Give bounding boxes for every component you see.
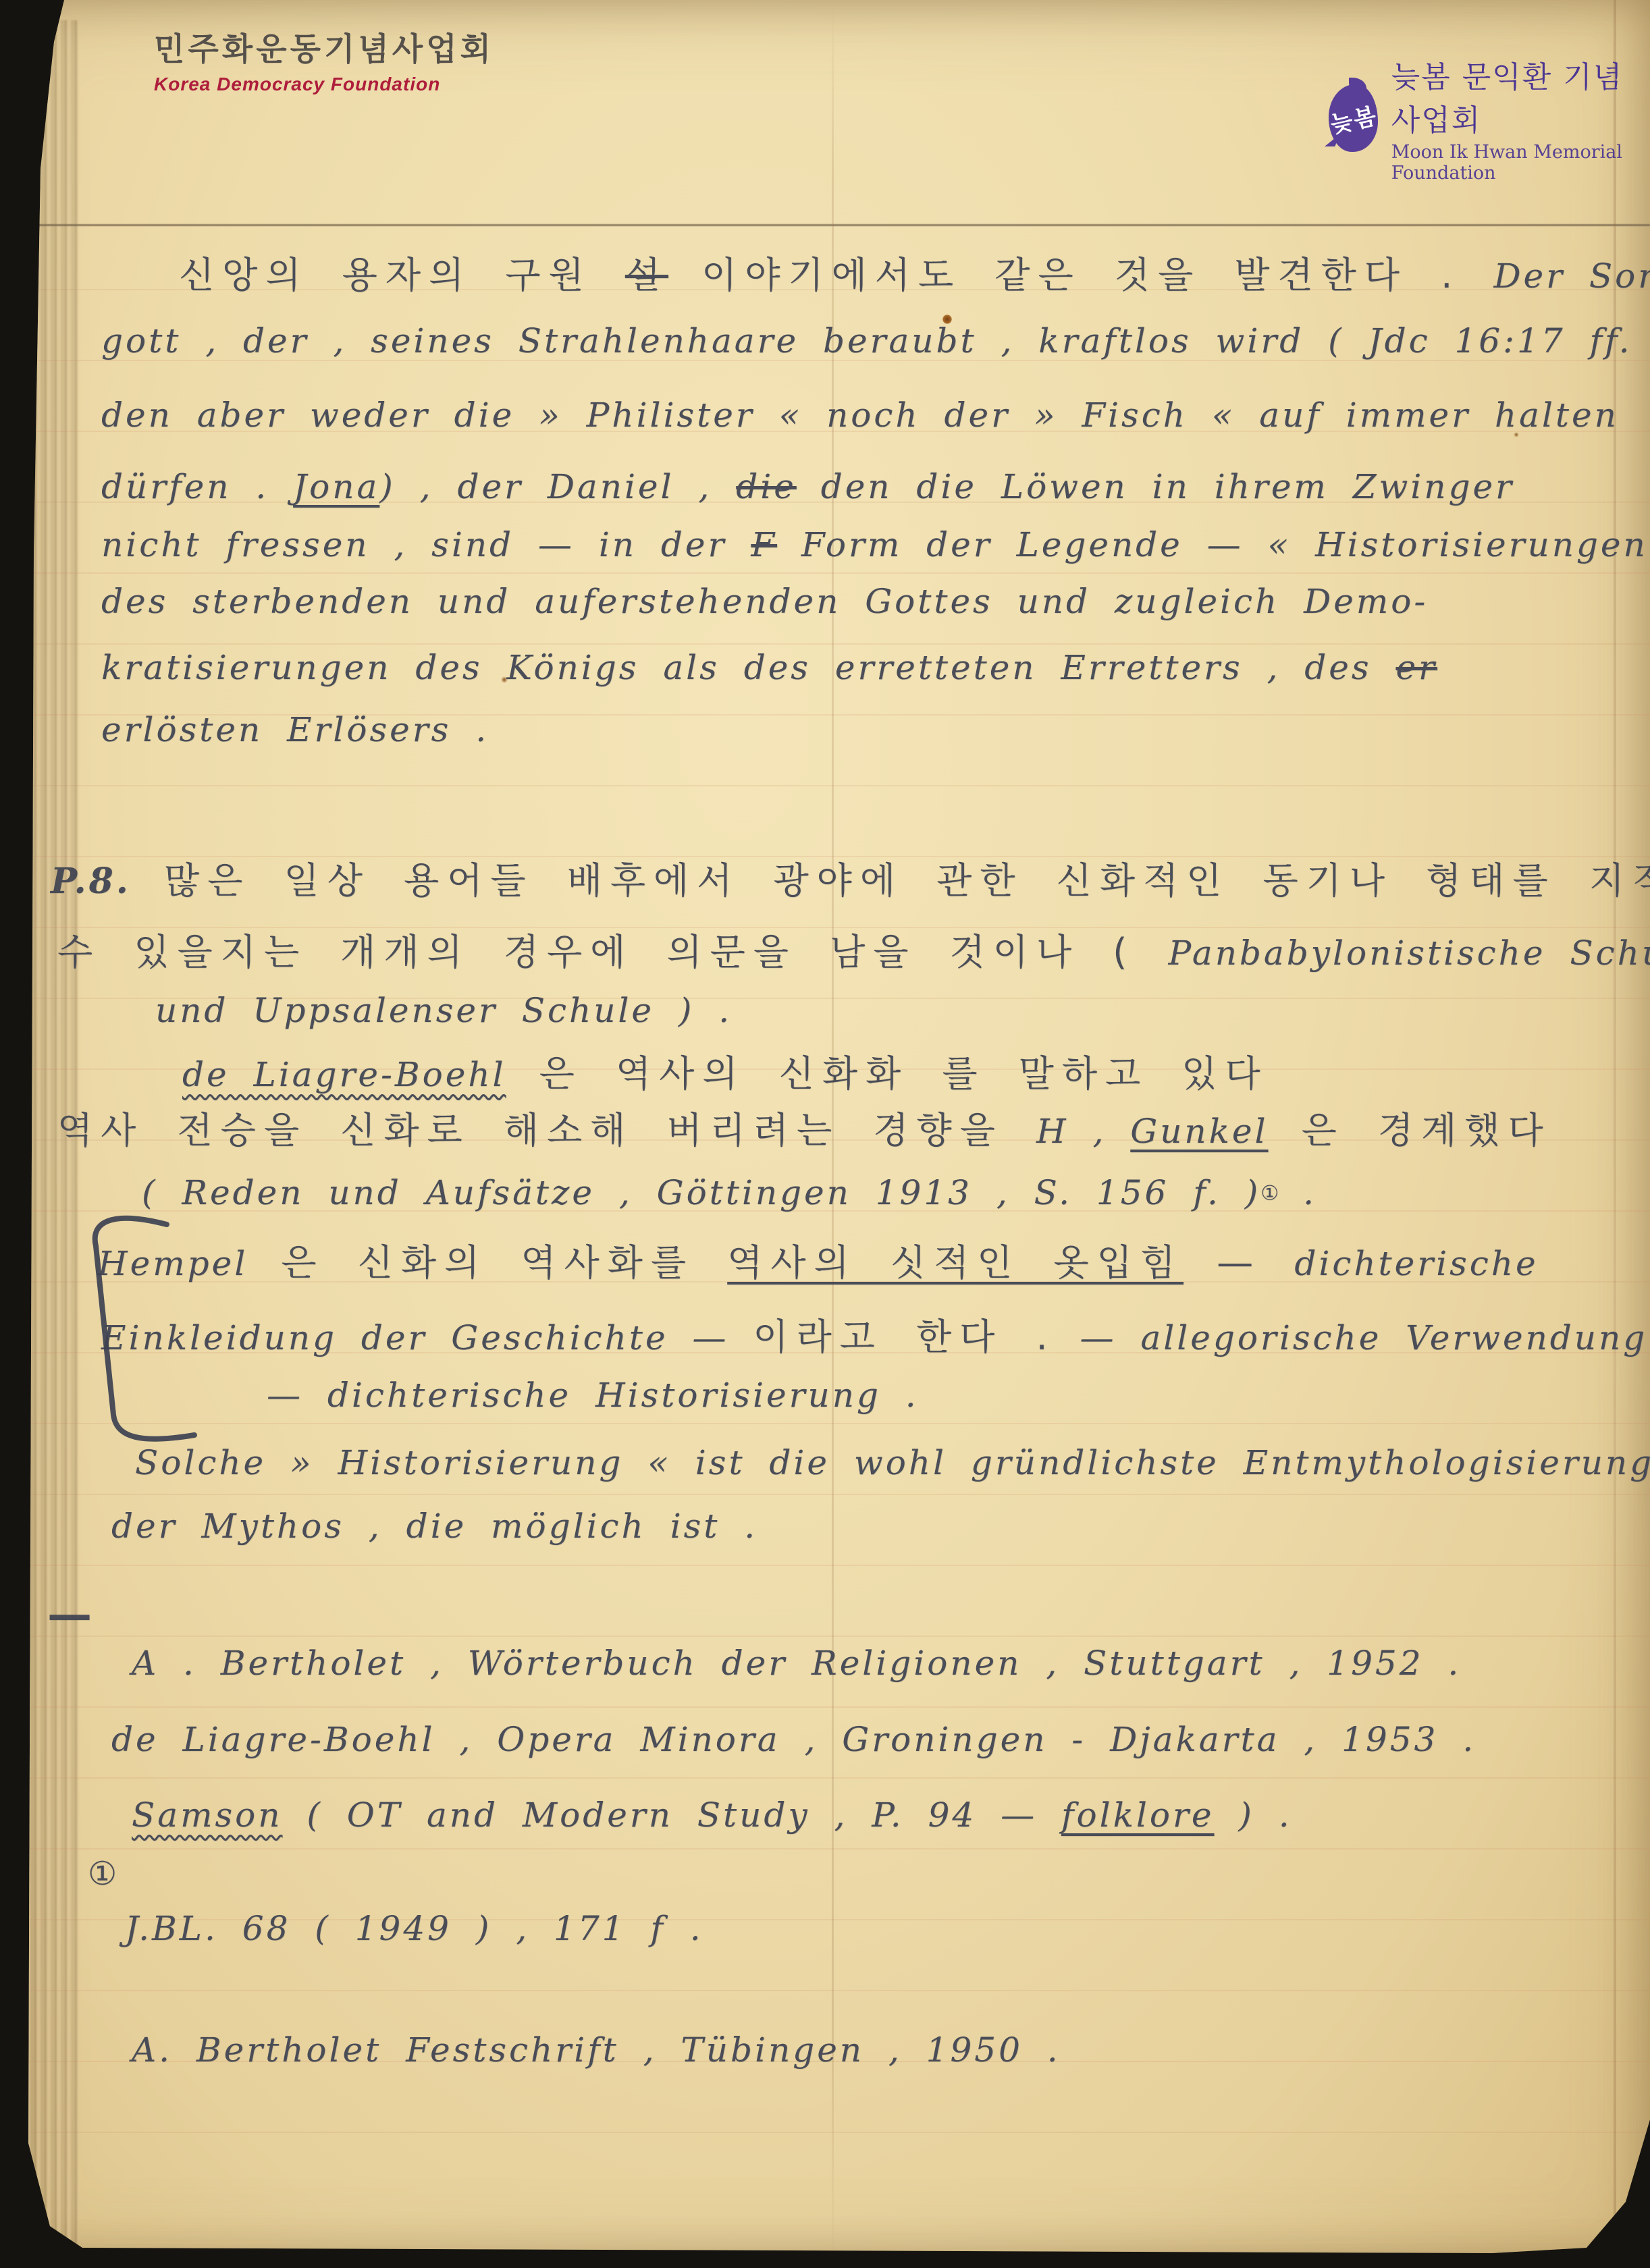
manuscript-line: ( Reden und Aufsätze , Göttingen 1913 , … — [142, 1173, 1316, 1212]
manuscript-line: J.BL. 68 ( 1949 ) , 171 f . — [125, 1909, 703, 1948]
manuscript-text-segment: Form der Legende — « Historisierungen — [777, 525, 1648, 564]
manuscript-text-segment: er — [1395, 648, 1437, 687]
manuscript-text-segment: — — [47, 1588, 92, 1640]
mihmf-logo: 늦봄 늦봄 문익환 기념사업회 Moon Ik Hwan Memorial Fo… — [1329, 53, 1650, 184]
manuscript-text-segment: Samson — [132, 1796, 282, 1835]
manuscript-line: A. Bertholet Festschrift , Tübingen , 19… — [132, 2030, 1061, 2070]
mihmf-logo-mark: 늦봄 — [1329, 84, 1378, 152]
manuscript-text-segment: Gunkel — [1130, 1112, 1268, 1151]
manuscript-line: P.8. 많은 일상 용어들 배후에서 광야에 관한 신화적인 동기나 형태를 … — [51, 852, 1650, 904]
manuscript-text-segment: der Mythos , die möglich ist . — [111, 1507, 757, 1546]
manuscript-text-segment: 설 — [625, 254, 668, 296]
manuscript-line: 신앙의 용자의 구원 설 이야기에서도 같은 것을 발견한다 . Der Son… — [179, 246, 1650, 298]
manuscript-line: — — [47, 1588, 92, 1640]
manuscript-text-segment: 수 있을지는 개개의 경우에 의문을 남을 것이나 ( — [57, 931, 1169, 973]
kdf-logo-english-text: Korea Democracy Foundation — [154, 74, 494, 95]
manuscript-line: Samson ( OT and Modern Study , P. 94 — f… — [132, 1796, 1292, 1835]
manuscript-text-segment: kratisierungen des Königs als des errett… — [101, 648, 1395, 687]
manuscript-text-segment: nicht fressen , sind — in der — [101, 525, 751, 564]
manuscript-text-segment: Panbabylonistische Schule — [1169, 934, 1650, 973]
manuscript-text-segment: die — [736, 467, 797, 506]
manuscript-text-segment: 이라고 한다 . — [753, 1316, 1055, 1358]
manuscript-text-segment: 역사 전승을 신화로 해소해 버리려는 경향을 — [57, 1109, 1036, 1152]
manuscript-text-segment: P.8. — [51, 861, 131, 902]
manuscript-text-segment: 은 신화의 역사화를 — [248, 1241, 727, 1284]
manuscript-text-segment: J.BL. 68 ( 1949 ) , 171 f . — [125, 1909, 703, 1948]
manuscript-line: Solche » Historisierung « ist die wohl g… — [135, 1443, 1650, 1482]
manuscript-text-segment: — allegorische Verwendung — — [1056, 1318, 1650, 1357]
ruled-lines — [30, 289, 1650, 2152]
manuscript-line: dürfen . Jona) , der Daniel , die den di… — [101, 467, 1514, 506]
manuscript-text-segment: Der Sonnen- — [1493, 256, 1650, 296]
manuscript-line: 수 있을지는 개개의 경우에 의문을 남을 것이나 ( Panbabylonis… — [57, 923, 1650, 975]
manuscript-text-segment: dichterische — [1294, 1244, 1538, 1283]
manuscript-text-segment: 신앙의 용자의 구원 — [179, 254, 625, 296]
manuscript-line: Hempel 은 신화의 역사화를 역사의 싯적인 옷입힘 — dichteri… — [98, 1234, 1539, 1286]
manuscript-line: nicht fressen , sind — in der F Form der… — [101, 525, 1648, 564]
manuscript-text-segment: A. Bertholet Festschrift , Tübingen , 19… — [132, 2030, 1061, 2070]
manuscript-text-segment: A . Bertholet , Wörterbuch der Religione… — [132, 1644, 1461, 1683]
manuscript-text-segment: dürfen . — [101, 467, 293, 506]
mihmf-english-text: Moon Ik Hwan Memorial Foundation — [1391, 142, 1650, 184]
manuscript-text-segment: . — [1279, 1173, 1316, 1212]
manuscript-line: der Mythos , die möglich ist . — [111, 1507, 757, 1546]
mihmf-korean-text: 늦봄 문익환 기념사업회 — [1391, 53, 1650, 139]
manuscript-text-segment: Solche » Historisierung « ist die wohl g… — [135, 1443, 1650, 1482]
manuscript-text-segment: ( Reden und Aufsätze , Göttingen 1913 , … — [142, 1173, 1260, 1212]
manuscript-text-segment: erlösten Erlösers . — [101, 710, 489, 749]
manuscript-text-segment: 이야기에서도 같은 것을 발견한다 . — [668, 254, 1493, 296]
top-ruled-line — [30, 224, 1650, 226]
manuscript-line: und Uppsalenser Schule ) . — [155, 991, 732, 1030]
manuscript-text-segment: ① — [88, 1855, 117, 1893]
manuscript-text-segment: de Liagre-Boehl — [182, 1055, 506, 1094]
manuscript-text-segment: 은 경계했다 — [1268, 1109, 1551, 1152]
manuscript-text-segment: gott , der , seines Strahlenhaare beraub… — [101, 321, 1650, 360]
manuscript-text-segment: Hempel — [98, 1244, 248, 1283]
manuscript-text-segment: F — [751, 525, 777, 564]
kdf-logo: 민주화운동기념사업회 Korea Democracy Foundation — [154, 24, 494, 95]
manuscript-line: de Liagre-Boehl 은 역사의 신화화 를 말하고 있다 — [182, 1045, 1269, 1097]
manuscript-line: Einkleidung der Geschichte — 이라고 한다 . — … — [101, 1308, 1650, 1360]
kdf-logo-korean-text: 민주화운동기념사업회 — [154, 24, 494, 70]
manuscript-line: A . Bertholet , Wörterbuch der Religione… — [132, 1644, 1461, 1683]
manuscript-line: kratisierungen des Königs als des errett… — [101, 648, 1437, 687]
manuscript-text-segment: des sterbenden und auferstehenden Gottes… — [101, 582, 1428, 621]
manuscript-line: — dichterische Historisierung . — [267, 1376, 919, 1415]
manuscript-text-segment: den aber weder die » Philister « noch de… — [101, 396, 1619, 435]
manuscript-line: ① — [88, 1855, 117, 1893]
manuscript-text-segment: H , — [1036, 1112, 1130, 1151]
manuscript-text-segment: de Liagre-Boehl , Opera Minora , Groning… — [111, 1720, 1476, 1759]
paper-sheet: 민주화운동기념사업회 Korea Democracy Foundation 늦봄… — [0, 0, 1650, 2268]
manuscript-text-segment: 역사의 싯적인 옷입힘 — [727, 1241, 1183, 1284]
manuscript-text-segment: folklore — [1061, 1796, 1214, 1835]
manuscript-text-segment: — — [1183, 1241, 1294, 1284]
manuscript-text-segment: ( OT and Modern Study , P. 94 — — [282, 1796, 1061, 1835]
manuscript-line: den aber weder die » Philister « noch de… — [101, 396, 1619, 435]
manuscript-line: des sterbenden und auferstehenden Gottes… — [101, 582, 1428, 621]
manuscript-text-segment: den die Löwen in ihrem Zwinger — [797, 467, 1514, 506]
manuscript-text-segment: Jona — [293, 467, 379, 506]
manuscript-text-segment: Einkleidung der Geschichte — — [101, 1318, 753, 1357]
manuscript-text-segment: und Uppsalenser Schule ) . — [155, 991, 732, 1030]
mihmf-logo-text: 늦봄 문익환 기념사업회 Moon Ik Hwan Memorial Found… — [1391, 53, 1650, 184]
scanned-notebook-page: 민주화운동기념사업회 Korea Democracy Foundation 늦봄… — [0, 0, 1650, 2268]
manuscript-line: gott , der , seines Strahlenhaare beraub… — [101, 321, 1650, 360]
manuscript-text-segment: ① — [1260, 1182, 1279, 1206]
mihmf-logo-mark-text: 늦봄 — [1327, 97, 1379, 139]
manuscript-line: erlösten Erlösers . — [101, 710, 489, 749]
manuscript-text-segment: ) . — [1214, 1796, 1292, 1835]
manuscript-text-segment: — dichterische Historisierung . — [267, 1376, 919, 1415]
manuscript-line: 역사 전승을 신화로 해소해 버리려는 경향을 H , Gunkel 은 경계했… — [57, 1102, 1551, 1154]
manuscript-text-segment: 은 역사의 신화화 를 말하고 있다 — [506, 1052, 1269, 1095]
manuscript-text-segment: ) , der Daniel , — [379, 467, 736, 506]
manuscript-text-segment: 많은 일상 용어들 배후에서 광야에 관한 신화적인 동기나 형태를 지적할 — [131, 859, 1650, 902]
manuscript-line: de Liagre-Boehl , Opera Minora , Groning… — [111, 1720, 1476, 1759]
